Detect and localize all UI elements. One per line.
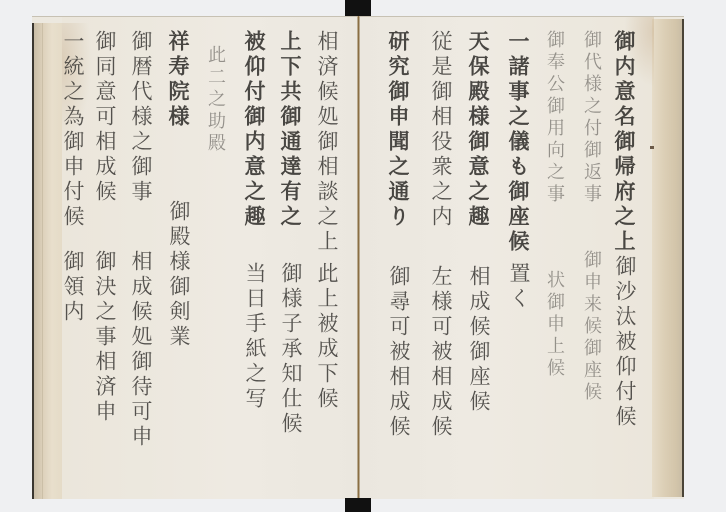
right-page-edges bbox=[652, 19, 684, 497]
right-col-4: 一諸事之儀も御座候 bbox=[508, 30, 529, 255]
book-gutter bbox=[357, 16, 360, 498]
left-col-1-lower: 此上被成下候 bbox=[316, 262, 337, 412]
right-col-6-lower: 左様可被相成候 bbox=[430, 265, 451, 440]
left-col-7: 御同意可相成候 bbox=[94, 30, 115, 205]
book-support-top bbox=[345, 0, 371, 16]
right-col-1: 御内意名御帰府之上 bbox=[614, 30, 635, 255]
left-page-edges bbox=[32, 23, 64, 499]
left-col-6: 御暦代様之御事 bbox=[130, 30, 151, 205]
left-col-2: 上下共御通達有之 bbox=[280, 30, 301, 230]
right-col-7: 研究御申聞之通り bbox=[388, 30, 409, 230]
right-col-3-lower: 状御申上候 bbox=[545, 270, 563, 380]
left-col-8: 一統之為御申付候 bbox=[62, 30, 83, 230]
left-col-3: 被仰付御内意之趣 bbox=[244, 30, 265, 230]
left-col-4: 此二之助殿 bbox=[206, 45, 224, 155]
left-col-5: 祥寿院様 bbox=[168, 30, 189, 130]
right-col-3: 御奉公御用向之事 bbox=[545, 30, 563, 206]
left-col-2-lower: 御様子承知仕候 bbox=[280, 262, 301, 437]
left-col-5-lower: 御殿様御剣業 bbox=[168, 200, 189, 350]
right-col-4-lower: 置く bbox=[508, 262, 529, 312]
ink-mark bbox=[650, 146, 654, 149]
right-col-5: 天保殿様御意之趣 bbox=[468, 30, 489, 230]
book-support-bottom bbox=[345, 498, 371, 512]
right-col-2-lower: 御申来候御座候 bbox=[582, 250, 600, 404]
left-col-8-lower: 御領内 bbox=[62, 250, 83, 325]
right-col-7-lower: 御尋可被相成候 bbox=[388, 265, 409, 440]
left-col-6-lower: 相成候処御待可申 bbox=[130, 250, 151, 450]
right-col-1-lower: 御沙汰被仰付候 bbox=[614, 255, 635, 430]
left-col-1: 相済候処御相談之上 bbox=[316, 30, 337, 255]
right-col-2: 御代様之付御返事 bbox=[582, 30, 600, 206]
right-col-6: 従是御相役衆之内 bbox=[430, 30, 451, 230]
right-col-5-lower: 相成候御座候 bbox=[468, 265, 489, 415]
manuscript-photo: 御内意名御帰府之上 御沙汰被仰付候 御代様之付御返事 御申来候御座候 御奉公御用… bbox=[0, 0, 726, 512]
left-col-3-lower: 当日手紙之写 bbox=[244, 262, 265, 412]
left-col-7-lower: 御決之事相済申 bbox=[94, 250, 115, 425]
